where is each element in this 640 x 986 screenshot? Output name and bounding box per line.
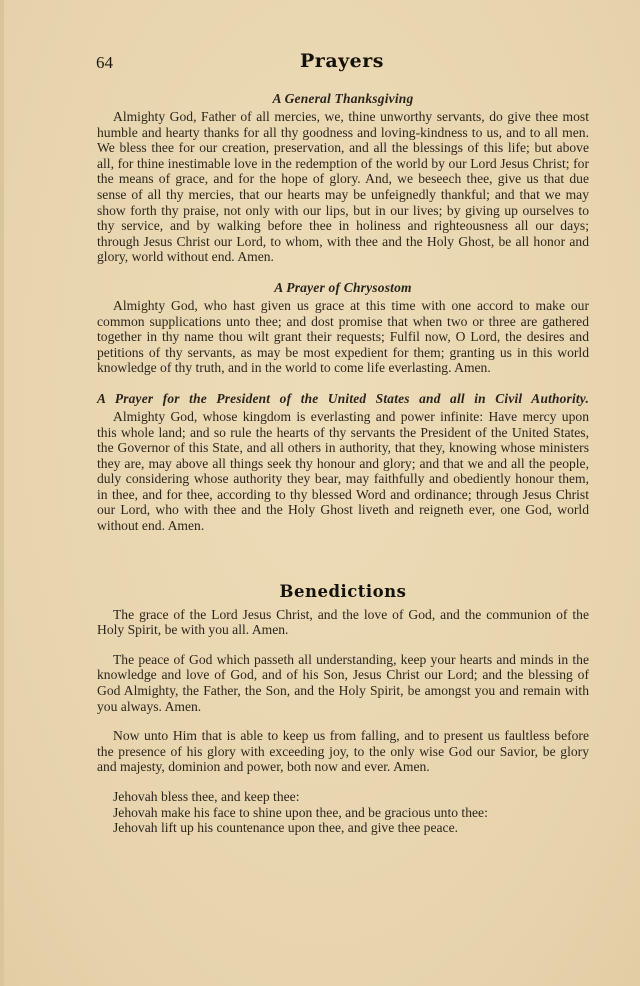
- prayer-body: Almighty God, who hast given us grace at…: [97, 298, 589, 376]
- spacer: [97, 638, 589, 652]
- benediction-item: The peace of God which passeth all under…: [97, 652, 589, 714]
- running-title: Prayers: [96, 50, 588, 72]
- prayer-title: A General Thanksgiving: [97, 88, 589, 109]
- page-binding-edge: [0, 0, 4, 986]
- spacer: [97, 534, 589, 582]
- aaronic-blessing: Jehovah bless thee, and keep thee: Jehov…: [97, 789, 589, 836]
- prayer-title: A Prayer for the President of the United…: [97, 388, 589, 409]
- prayer-general-thanksgiving: A General Thanksgiving Almighty God, Fat…: [97, 88, 589, 265]
- prayer-body: Almighty God, whose kingdom is everlasti…: [97, 409, 589, 534]
- benedictions-section: Benedictions The grace of the Lord Jesus…: [97, 582, 589, 836]
- blessing-line: Jehovah make his face to shine upon thee…: [113, 805, 589, 821]
- spacer: [97, 714, 589, 728]
- prayer-body: Almighty God, Father of all mercies, we,…: [97, 109, 589, 265]
- blessing-line: Jehovah lift up his countenance upon the…: [113, 820, 589, 836]
- benediction-item: The grace of the Lord Jesus Christ, and …: [97, 607, 589, 638]
- page-content: A General Thanksgiving Almighty God, Fat…: [97, 88, 589, 836]
- prayer-of-chrysostom: A Prayer of Chrysostom Almighty God, who…: [97, 277, 589, 376]
- prayer-title: A Prayer of Chrysostom: [97, 277, 589, 298]
- spacer: [97, 775, 589, 789]
- prayer-for-civil-authority: A Prayer for the President of the United…: [97, 388, 589, 534]
- benediction-item: Now unto Him that is able to keep us fro…: [97, 728, 589, 775]
- spacer: [97, 265, 589, 277]
- spacer: [97, 376, 589, 388]
- blessing-line: Jehovah bless thee, and keep thee:: [113, 789, 589, 805]
- running-head: 64 Prayers: [96, 50, 588, 80]
- benedictions-heading: Benedictions: [97, 582, 589, 607]
- book-page: 64 Prayers A General Thanksgiving Almigh…: [0, 0, 640, 986]
